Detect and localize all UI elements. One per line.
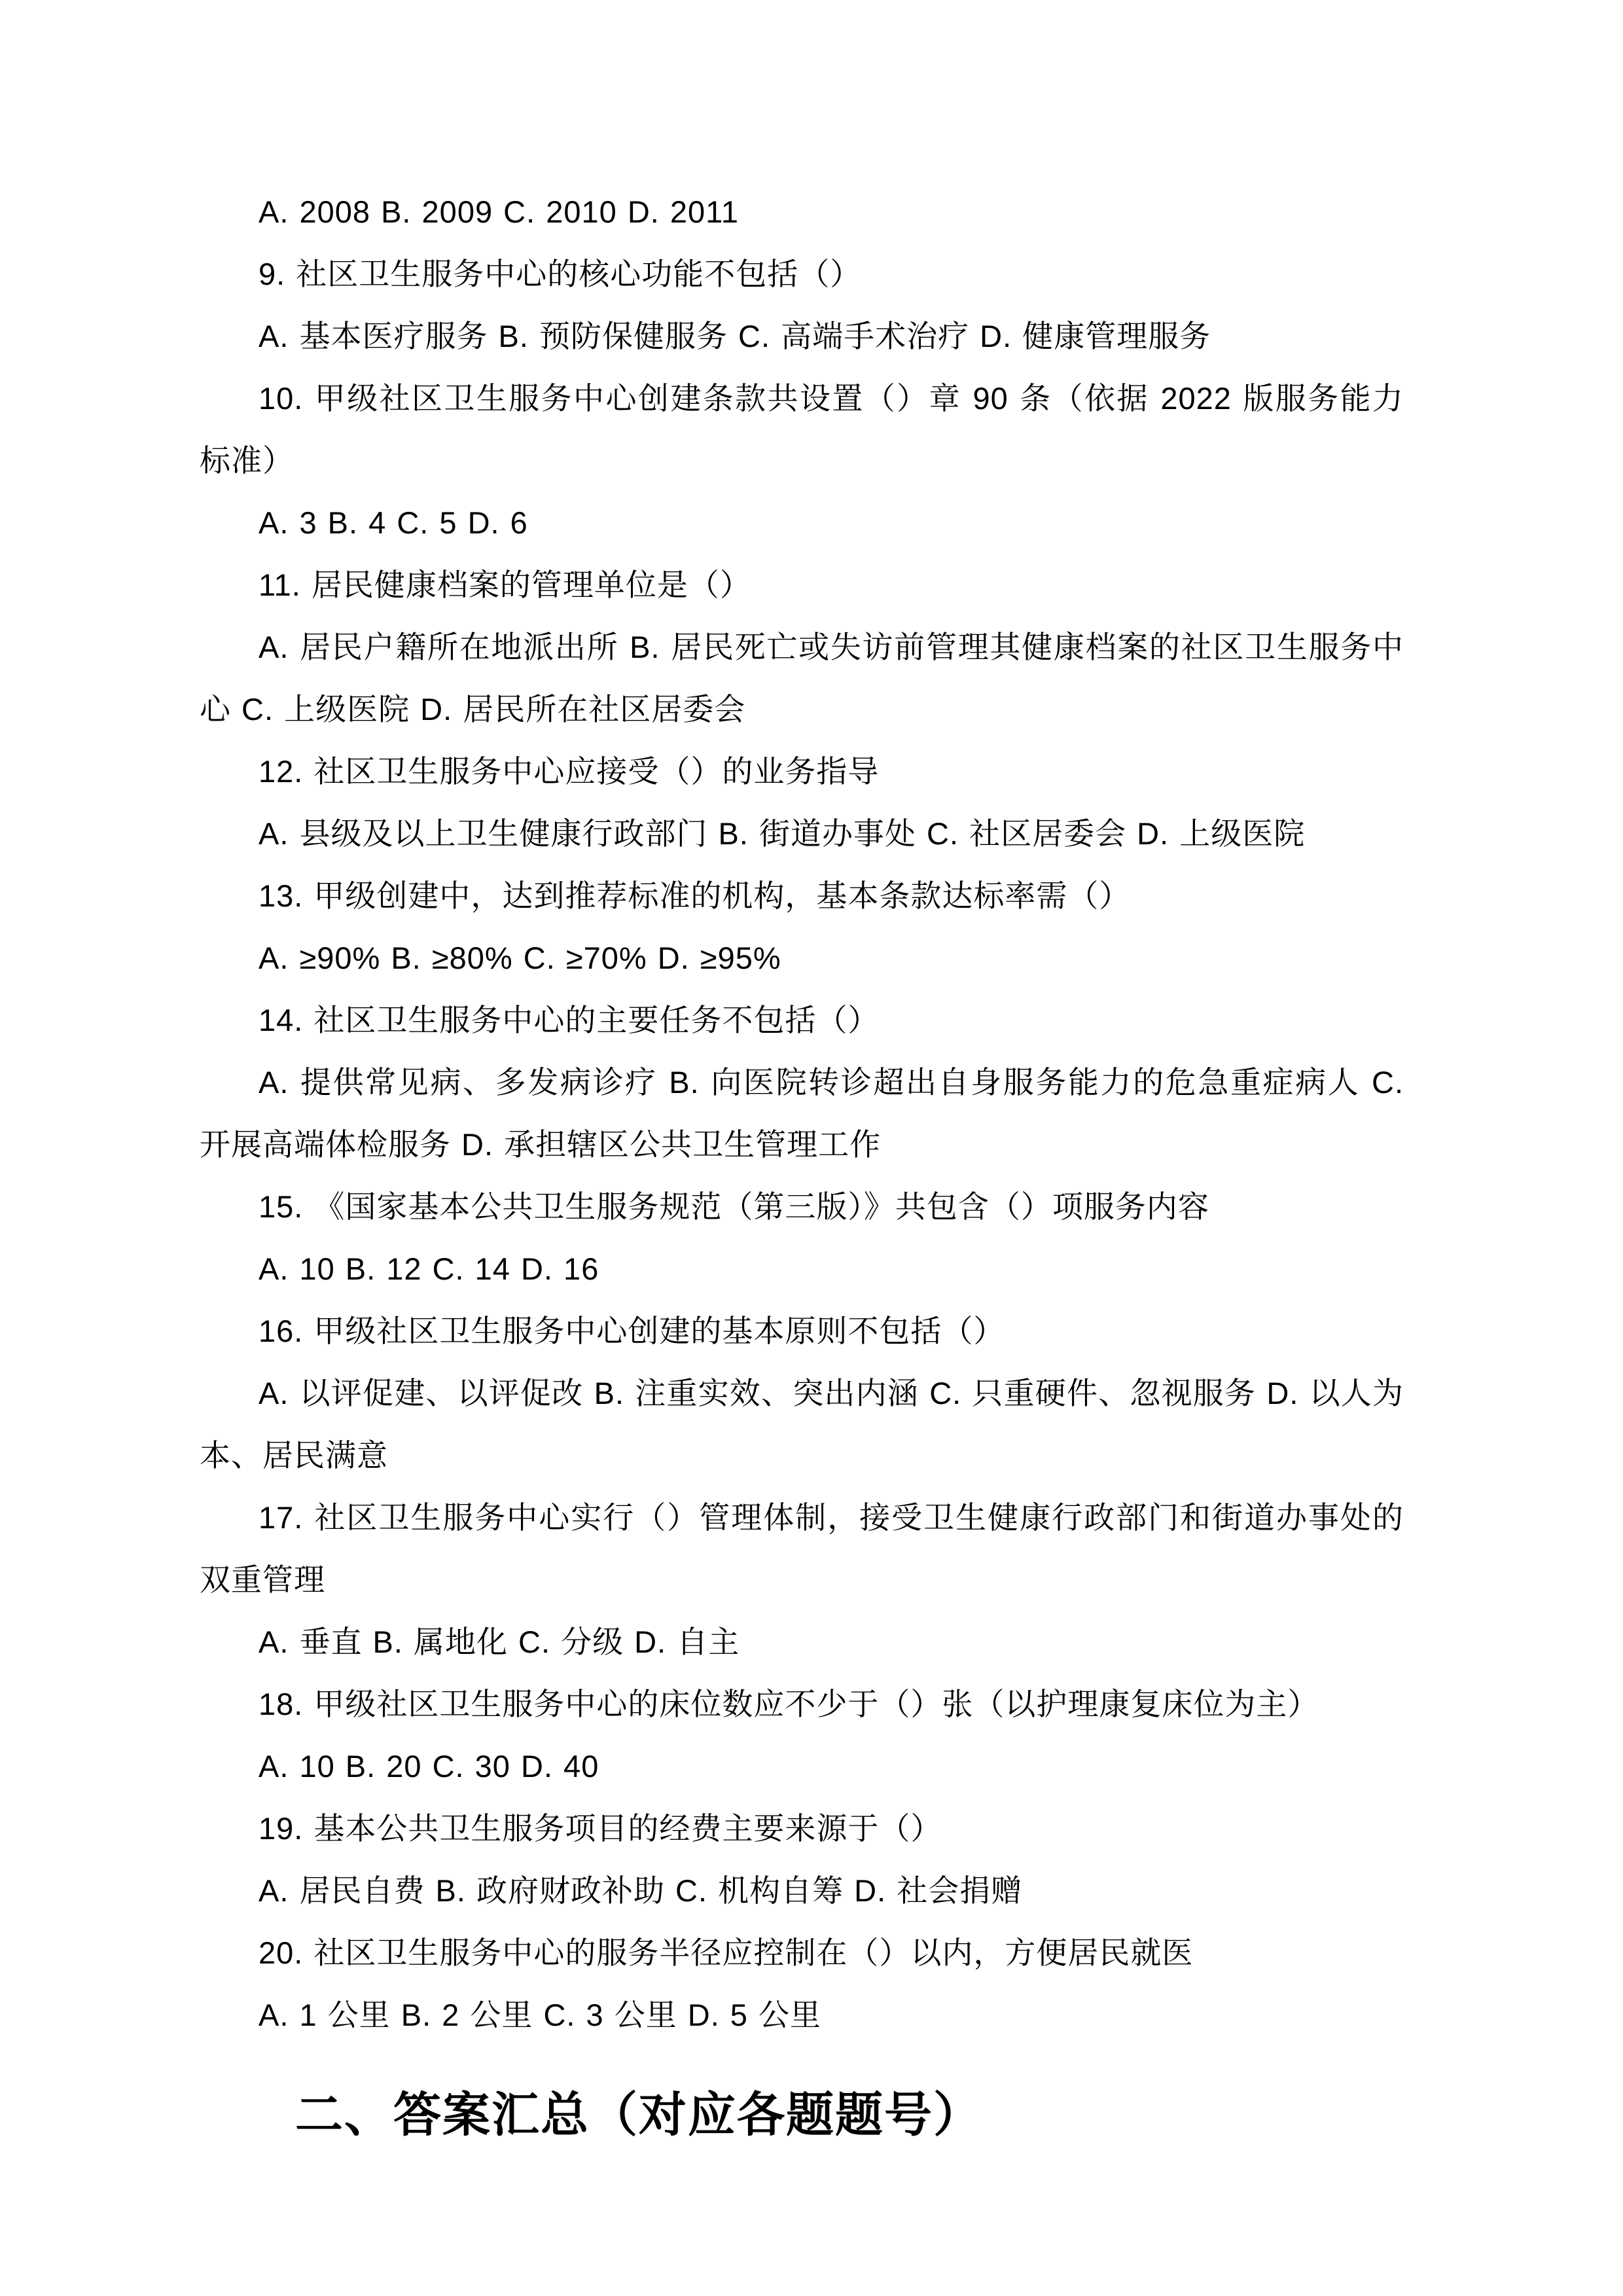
options-text: A. 垂直 B. 属地化 C. 分级 D. 自主: [200, 1611, 1404, 1673]
question-text: 19. 基本公共卫生服务项目的经费主要来源于（）: [200, 1797, 1404, 1859]
document-content: A. 2008 B. 2009 C. 2010 D. 2011 9. 社区卫生服…: [200, 181, 1404, 2148]
options-text: A. 10 B. 20 C. 30 D. 40: [200, 1735, 1404, 1797]
options-text: A. ≥90% B. ≥80% C. ≥70% D. ≥95%: [200, 927, 1404, 989]
question-text: 12. 社区卫生服务中心应接受（）的业务指导: [200, 740, 1404, 802]
options-text: A. 3 B. 4 C. 5 D. 6: [200, 492, 1404, 554]
question-text: 11. 居民健康档案的管理单位是（）: [200, 554, 1404, 616]
question-text: 15. 《国家基本公共卫生服务规范（第三版）》共包含（）项服务内容: [200, 1175, 1404, 1238]
question-text: 20. 社区卫生服务中心的服务半径应控制在（）以内，方便居民就医: [200, 1922, 1404, 1984]
section-heading: 二、答案汇总（对应各题题号）: [200, 2083, 1404, 2148]
options-text: A. 居民户籍所在地派出所 B. 居民死亡或失访前管理其健康档案的社区卫生服务中…: [200, 616, 1404, 740]
question-text: 17. 社区卫生服务中心实行（）管理体制，接受卫生健康行政部门和街道办事处的双重…: [200, 1486, 1404, 1611]
options-text: A. 以评促建、以评促改 B. 注重实效、突出内涵 C. 只重硬件、忽视服务 D…: [200, 1362, 1404, 1486]
options-text: A. 2008 B. 2009 C. 2010 D. 2011: [200, 181, 1404, 243]
document-page: A. 2008 B. 2009 C. 2010 D. 2011 9. 社区卫生服…: [0, 0, 1623, 2296]
options-text: A. 1 公里 B. 2 公里 C. 3 公里 D. 5 公里: [200, 1984, 1404, 2046]
options-text: A. 基本医疗服务 B. 预防保健服务 C. 高端手术治疗 D. 健康管理服务: [200, 305, 1404, 367]
options-text: A. 提供常见病、多发病诊疗 B. 向医院转诊超出自身服务能力的危急重症病人 C…: [200, 1051, 1404, 1175]
options-text: A. 居民自费 B. 政府财政补助 C. 机构自筹 D. 社会捐赠: [200, 1859, 1404, 1922]
question-text: 18. 甲级社区卫生服务中心的床位数应不少于（）张（以护理康复床位为主）: [200, 1673, 1404, 1735]
question-text: 9. 社区卫生服务中心的核心功能不包括（）: [200, 243, 1404, 305]
question-text: 10. 甲级社区卫生服务中心创建条款共设置（）章 90 条（依据 2022 版服…: [200, 367, 1404, 492]
question-text: 16. 甲级社区卫生服务中心创建的基本原则不包括（）: [200, 1300, 1404, 1362]
question-text: 13. 甲级创建中，达到推荐标准的机构，基本条款达标率需（）: [200, 865, 1404, 927]
options-text: A. 县级及以上卫生健康行政部门 B. 街道办事处 C. 社区居委会 D. 上级…: [200, 802, 1404, 865]
question-text: 14. 社区卫生服务中心的主要任务不包括（）: [200, 989, 1404, 1051]
options-text: A. 10 B. 12 C. 14 D. 16: [200, 1238, 1404, 1300]
